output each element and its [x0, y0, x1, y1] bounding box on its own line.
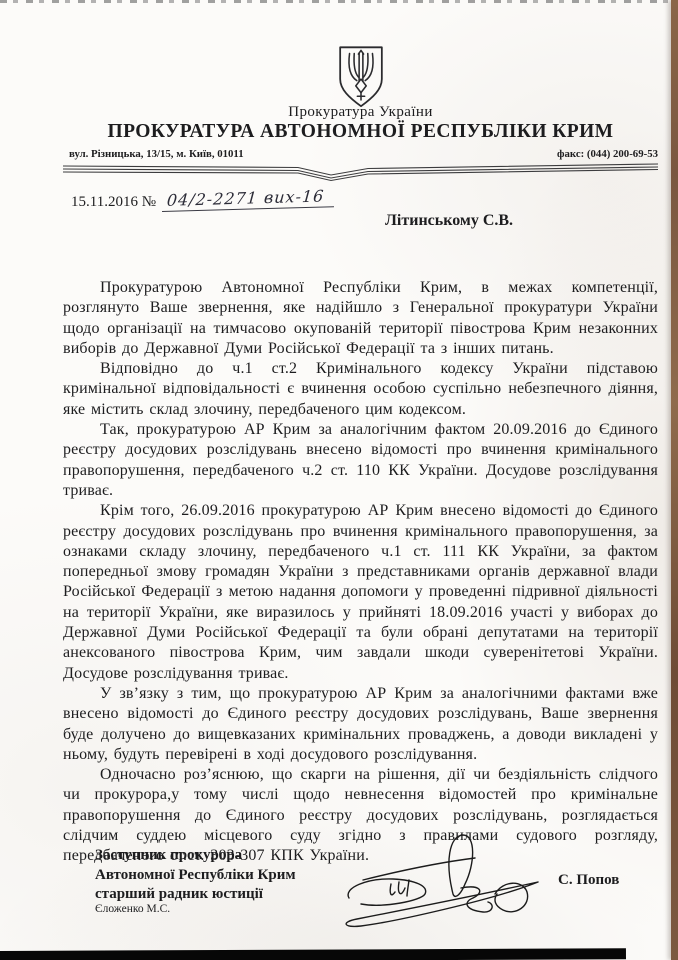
paragraph: Відповідно до ч.1 ст.2 Кримінального код… [63, 359, 658, 420]
letterhead-contact-row: вул. Різницька, 13/15, м. Київ, 01011 фа… [63, 148, 658, 160]
handwritten-reference-number: 04/2-2271 вих-16 [162, 186, 335, 212]
handwritten-signature-icon [333, 832, 563, 937]
signer-position-line: Заступник прокурора [95, 846, 296, 866]
scanned-letter-page: Прокуратура України ПРОКУРАТУРА АВТОНОМН… [0, 0, 678, 960]
signer-position-line: Автономної Республіки Крим [95, 866, 296, 886]
scan-right-edge-artifact [671, 0, 678, 960]
paragraph: Крім того, 26.09.2016 прокуратурою АР Кр… [63, 501, 658, 684]
organization-name: ПРОКУРАТУРА АВТОНОМНОЇ РЕСПУБЛІКИ КРИМ [63, 121, 658, 143]
paragraph: Прокуратурою Автономної Республіки Крим,… [63, 278, 658, 359]
date-and-reference-line: 15.11.2016 №04/2-2271 вих-16 [71, 191, 334, 212]
ukraine-trident-emblem-icon [336, 42, 386, 112]
letter-date: 15.11.2016 № [71, 194, 156, 210]
paragraph: Так, прокуратурою АР Крим за аналогічним… [63, 420, 658, 501]
signer-position-line: старший радник юстиції [95, 885, 296, 905]
signer-name: С. Попов [558, 872, 619, 889]
scan-bottom-edge-artifact [0, 948, 626, 960]
organization-address: вул. Різницька, 13/15, м. Київ, 01011 [63, 148, 244, 160]
letter-body: Прокуратурою Автономної Республіки Крим,… [63, 278, 658, 867]
letterhead-separator-rule [63, 161, 658, 183]
scan-top-edge-artifact [0, 0, 678, 3]
organization-fax: факс: (044) 200-69-53 [557, 148, 658, 160]
executor-name: Єложенко М.С. [95, 903, 170, 915]
paragraph: У зв’язку з тим, що прокуратурою АР Крим… [63, 684, 658, 765]
addressee-name: Літинському С.В. [385, 212, 513, 230]
signature-position-block: Заступник прокурора Автономної Республік… [95, 846, 296, 905]
parent-organization-name: Прокуратура України [63, 104, 658, 121]
